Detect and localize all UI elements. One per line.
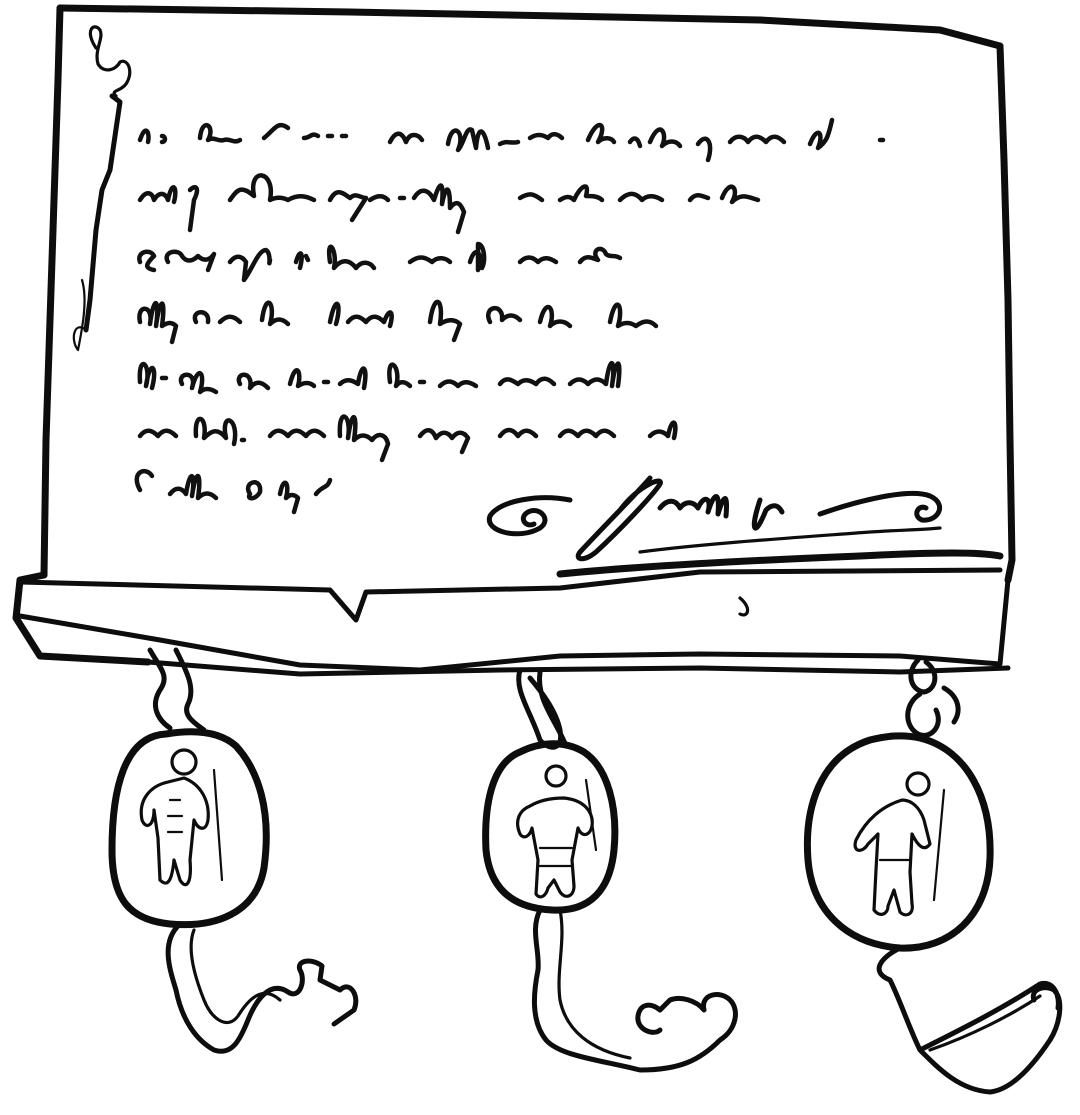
signature-flourish (489, 478, 1000, 574)
seal-center-tag (534, 910, 735, 1070)
text-line-3 (139, 244, 620, 280)
text-line-6 (140, 417, 675, 460)
text-line-2 (140, 175, 758, 232)
text-line-1 (140, 120, 883, 160)
seal-right-tag (879, 948, 1060, 1092)
text-line-4 (139, 302, 656, 342)
seal-right (807, 660, 1059, 1092)
text-line-7 (137, 471, 330, 512)
seal-left-disc (112, 732, 266, 925)
text-line-5 (140, 363, 620, 392)
seal-right-disc (807, 736, 990, 948)
seal-left-tag (168, 924, 356, 1051)
seal-center-figure-icon (518, 766, 596, 897)
quill-initial-icon (74, 27, 130, 350)
parchment-sheet (44, 8, 1012, 580)
charter-drawing (0, 0, 1080, 1115)
seal-center (486, 670, 736, 1070)
seal-left-figure-icon (141, 750, 222, 885)
seal-center-cord (519, 670, 566, 747)
charter-illustration: Medieval charter with three pendant wax … (0, 0, 1080, 1115)
seal-left (112, 650, 356, 1051)
charter-text-block (137, 120, 883, 512)
charter-fold-plica (16, 570, 1008, 674)
seal-right-figure-icon (855, 773, 944, 915)
